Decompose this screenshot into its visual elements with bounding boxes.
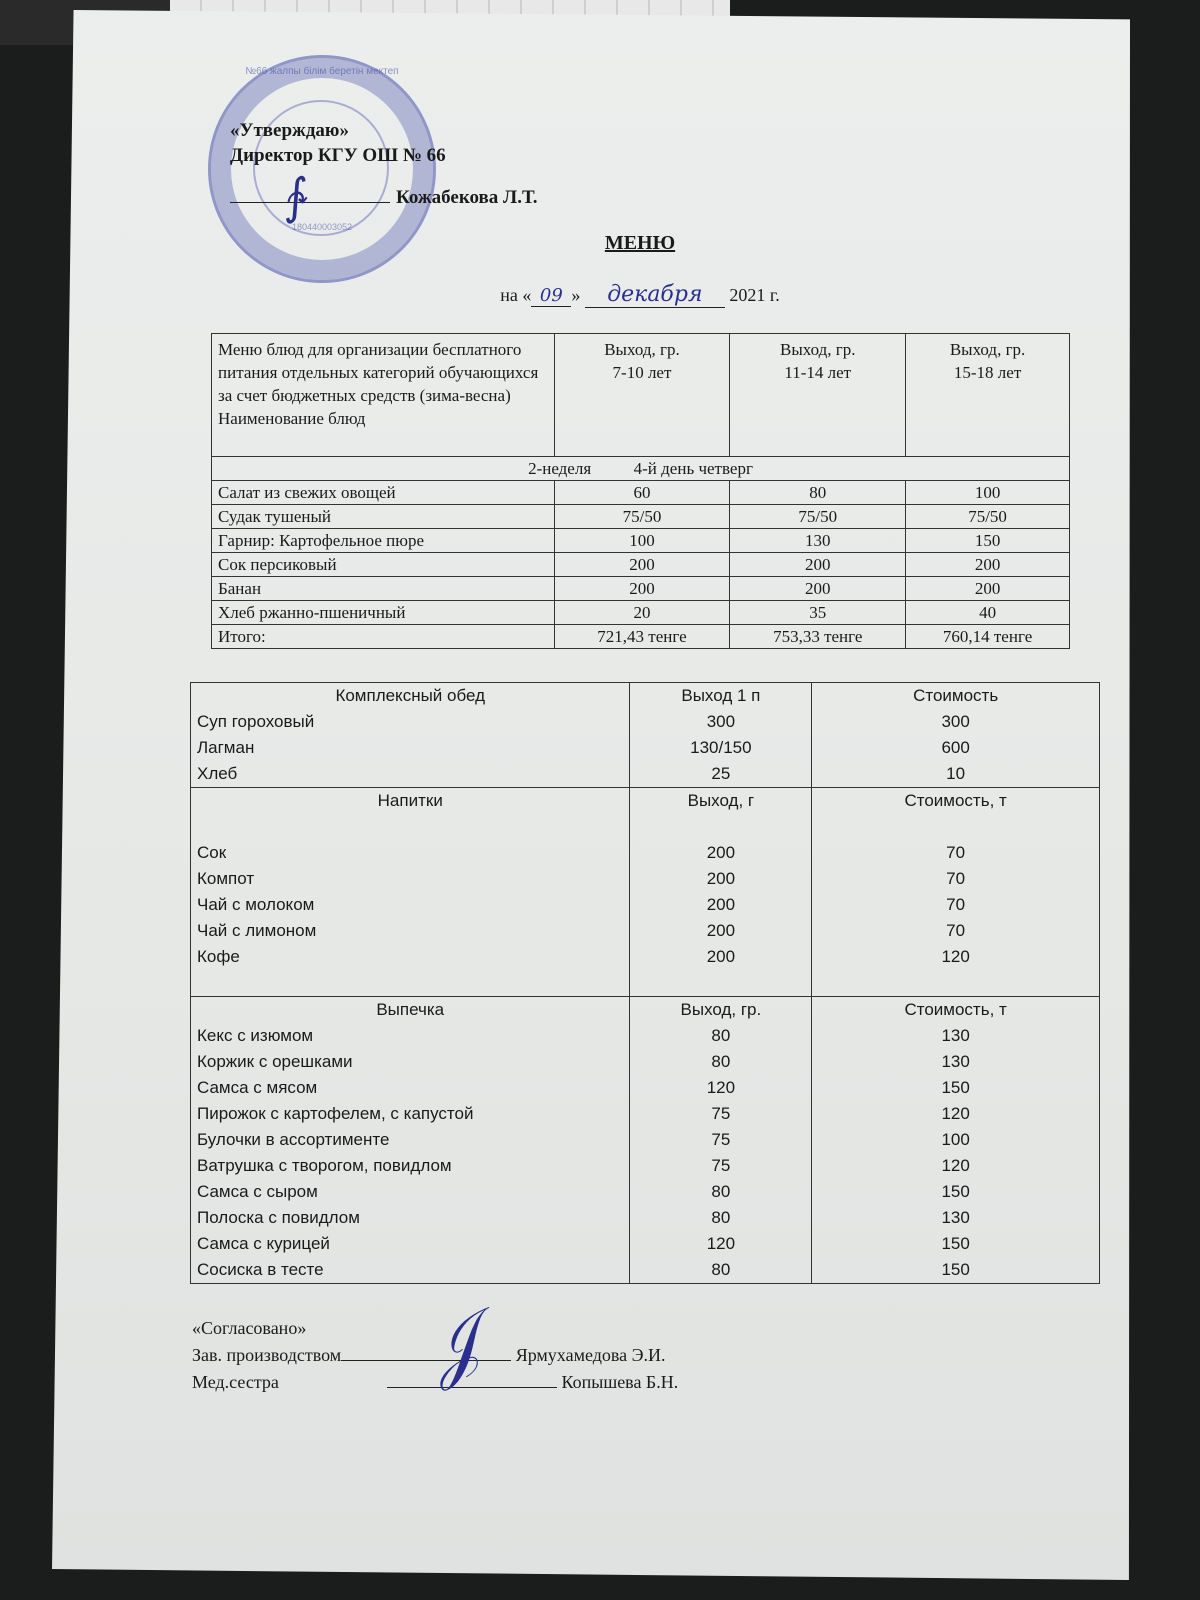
table-row: Судак тушеный75/5075/5075/50 bbox=[212, 505, 1070, 529]
dish-yield: 75/50 bbox=[554, 505, 730, 529]
dish-name: Сок персиковый bbox=[212, 553, 555, 577]
item-yield: 300 bbox=[636, 709, 805, 735]
approval-block: «Утверждаю» Директор КГУ ОШ № 66 bbox=[230, 118, 446, 168]
dish-yield: 200 bbox=[730, 577, 906, 601]
dish-yield: 200 bbox=[730, 553, 906, 577]
header-col: Выход, гр.15-18 лет bbox=[906, 334, 1070, 457]
item-price: 150 bbox=[818, 1179, 1093, 1205]
item-price: 130 bbox=[818, 1023, 1093, 1049]
item-price: 70 bbox=[818, 840, 1093, 866]
date-year: 2021 г. bbox=[729, 285, 779, 305]
item-price: 70 bbox=[818, 918, 1093, 944]
item-name: Сок bbox=[197, 840, 623, 866]
item-price: 300 bbox=[818, 709, 1093, 735]
section-col3: Стоимость, т bbox=[818, 997, 1093, 1023]
date-month: декабря bbox=[585, 282, 725, 308]
item-name: Кекс с изюмом bbox=[197, 1023, 623, 1049]
item-price: 120 bbox=[818, 1101, 1093, 1127]
item-price: 130 bbox=[818, 1205, 1093, 1231]
menu-section: НапиткиСокКомпотЧай с молокомЧай с лимон… bbox=[191, 788, 1100, 997]
header-col: Выход, гр.11-14 лет bbox=[730, 334, 906, 457]
item-yield: 120 bbox=[636, 1231, 805, 1257]
total-value: 760,14 тенге bbox=[906, 625, 1070, 649]
dish-yield: 200 bbox=[554, 577, 730, 601]
dish-name: Судак тушеный bbox=[212, 505, 555, 529]
item-name: Самса с курицей bbox=[197, 1231, 623, 1257]
document-title: МЕНЮ bbox=[0, 232, 1200, 255]
section-col2: Выход 1 п bbox=[636, 683, 805, 709]
item-yield: 200 bbox=[636, 892, 805, 918]
total-value: 721,43 тенге bbox=[554, 625, 730, 649]
item-name: Булочки в ассортименте bbox=[197, 1127, 623, 1153]
item-yield: 80 bbox=[636, 1257, 805, 1283]
table-row: Гарнир: Картофельное пюре100130150 bbox=[212, 529, 1070, 553]
dish-yield: 200 bbox=[906, 577, 1070, 601]
stamp-text: №66 жалпы білім беретін мектеп bbox=[211, 66, 433, 77]
item-name: Кофе bbox=[197, 944, 623, 970]
table-row: Салат из свежих овощей6080100 bbox=[212, 481, 1070, 505]
item-name: Компот bbox=[197, 866, 623, 892]
item-name: Полоска с повидлом bbox=[197, 1205, 623, 1231]
free-meal-table: Меню блюд для организации бесплатного пи… bbox=[211, 333, 1070, 649]
item-price: 600 bbox=[818, 735, 1093, 761]
paid-menu-table: Комплексный обедСуп гороховыйЛагманХлебВ… bbox=[190, 682, 1100, 1284]
item-yield: 80 bbox=[636, 1205, 805, 1231]
date-line: на «09» декабря 2021 г. bbox=[0, 282, 1200, 308]
dish-yield: 130 bbox=[730, 529, 906, 553]
dish-name: Гарнир: Картофельное пюре bbox=[212, 529, 555, 553]
table-row: Сок персиковый200200200 bbox=[212, 553, 1070, 577]
day-label: 2-неделя 4-й день четверг bbox=[212, 457, 1070, 481]
item-price: 150 bbox=[818, 1075, 1093, 1101]
item-yield: 200 bbox=[636, 918, 805, 944]
item-name: Лагман bbox=[197, 735, 623, 761]
item-name: Пирожок с картофелем, с капустой bbox=[197, 1101, 623, 1127]
item-yield: 80 bbox=[636, 1049, 805, 1075]
approval-heading: «Утверждаю» bbox=[230, 118, 446, 143]
item-yield: 120 bbox=[636, 1075, 805, 1101]
item-yield: 80 bbox=[636, 1179, 805, 1205]
section-title: Напитки bbox=[197, 788, 623, 814]
item-yield: 75 bbox=[636, 1153, 805, 1179]
dish-yield: 75/50 bbox=[906, 505, 1070, 529]
dish-yield: 20 bbox=[554, 601, 730, 625]
item-price: 120 bbox=[818, 1153, 1093, 1179]
section-title: Комплексный обед bbox=[197, 683, 623, 709]
dish-yield: 100 bbox=[554, 529, 730, 553]
item-name: Самса с сыром bbox=[197, 1179, 623, 1205]
item-yield: 75 bbox=[636, 1127, 805, 1153]
dish-name: Хлеб ржанно-пшеничный bbox=[212, 601, 555, 625]
dish-yield: 35 bbox=[730, 601, 906, 625]
section-col3: Стоимость, т bbox=[818, 788, 1093, 814]
table-header-row: Меню блюд для организации бесплатного пи… bbox=[212, 334, 1070, 457]
dish-yield: 75/50 bbox=[730, 505, 906, 529]
director-name: Кожабекова Л.Т. bbox=[396, 187, 537, 208]
menu-section: Комплексный обедСуп гороховыйЛагманХлебВ… bbox=[191, 683, 1100, 788]
section-col2: Выход, гр. bbox=[636, 997, 805, 1023]
header-label: Меню блюд для организации бесплатного пи… bbox=[212, 334, 555, 457]
item-price: 150 bbox=[818, 1231, 1093, 1257]
approval-signature-line: Кожабекова Л.Т. bbox=[230, 187, 537, 209]
dish-yield: 150 bbox=[906, 529, 1070, 553]
item-yield: 75 bbox=[636, 1101, 805, 1127]
item-yield: 200 bbox=[636, 840, 805, 866]
item-price: 120 bbox=[818, 944, 1093, 970]
signature-line bbox=[230, 202, 390, 203]
item-name: Самса с мясом bbox=[197, 1075, 623, 1101]
total-row: Итого:721,43 тенге753,33 тенге760,14 тен… bbox=[212, 625, 1070, 649]
menu-section: ВыпечкаКекс с изюмомКоржик с орешкамиСам… bbox=[191, 997, 1100, 1284]
day-row: 2-неделя 4-й день четверг bbox=[212, 457, 1070, 481]
item-yield: 130/150 bbox=[636, 735, 805, 761]
item-name: Коржик с орешками bbox=[197, 1049, 623, 1075]
table-row: Хлеб ржанно-пшеничный203540 bbox=[212, 601, 1070, 625]
dish-yield: 200 bbox=[554, 553, 730, 577]
item-price: 10 bbox=[818, 761, 1093, 787]
dish-yield: 60 bbox=[554, 481, 730, 505]
dish-name: Салат из свежих овощей bbox=[212, 481, 555, 505]
item-price: 70 bbox=[818, 892, 1093, 918]
section-title: Выпечка bbox=[197, 997, 623, 1023]
signer-row: Мед.сестра Копышева Б.Н. bbox=[192, 1369, 678, 1396]
total-label: Итого: bbox=[212, 625, 555, 649]
dish-name: Банан bbox=[212, 577, 555, 601]
item-yield: 25 bbox=[636, 761, 805, 787]
dish-yield: 80 bbox=[730, 481, 906, 505]
approval-position: Директор КГУ ОШ № 66 bbox=[230, 143, 446, 168]
item-price: 150 bbox=[818, 1257, 1093, 1283]
item-name: Сосиска в тесте bbox=[197, 1257, 623, 1283]
header-col: Выход, гр.7-10 лет bbox=[554, 334, 730, 457]
item-name: Суп гороховый bbox=[197, 709, 623, 735]
item-yield: 200 bbox=[636, 866, 805, 892]
item-yield: 80 bbox=[636, 1023, 805, 1049]
dish-yield: 100 bbox=[906, 481, 1070, 505]
item-price: 70 bbox=[818, 866, 1093, 892]
table-row: Банан200200200 bbox=[212, 577, 1070, 601]
section-col3: Стоимость bbox=[818, 683, 1093, 709]
total-value: 753,33 тенге bbox=[730, 625, 906, 649]
dish-yield: 200 bbox=[906, 553, 1070, 577]
item-yield: 200 bbox=[636, 944, 805, 970]
section-col2: Выход, г bbox=[636, 788, 805, 814]
stamp-code: 180440003052 bbox=[211, 222, 433, 232]
item-price: 100 bbox=[818, 1127, 1093, 1153]
dish-yield: 40 bbox=[906, 601, 1070, 625]
item-name: Хлеб bbox=[197, 761, 623, 787]
item-name: Ватрушка с творогом, повидлом bbox=[197, 1153, 623, 1179]
item-price: 130 bbox=[818, 1049, 1093, 1075]
item-name: Чай с лимоном bbox=[197, 918, 623, 944]
date-day: 09 bbox=[531, 285, 571, 307]
item-name: Чай с молоком bbox=[197, 892, 623, 918]
